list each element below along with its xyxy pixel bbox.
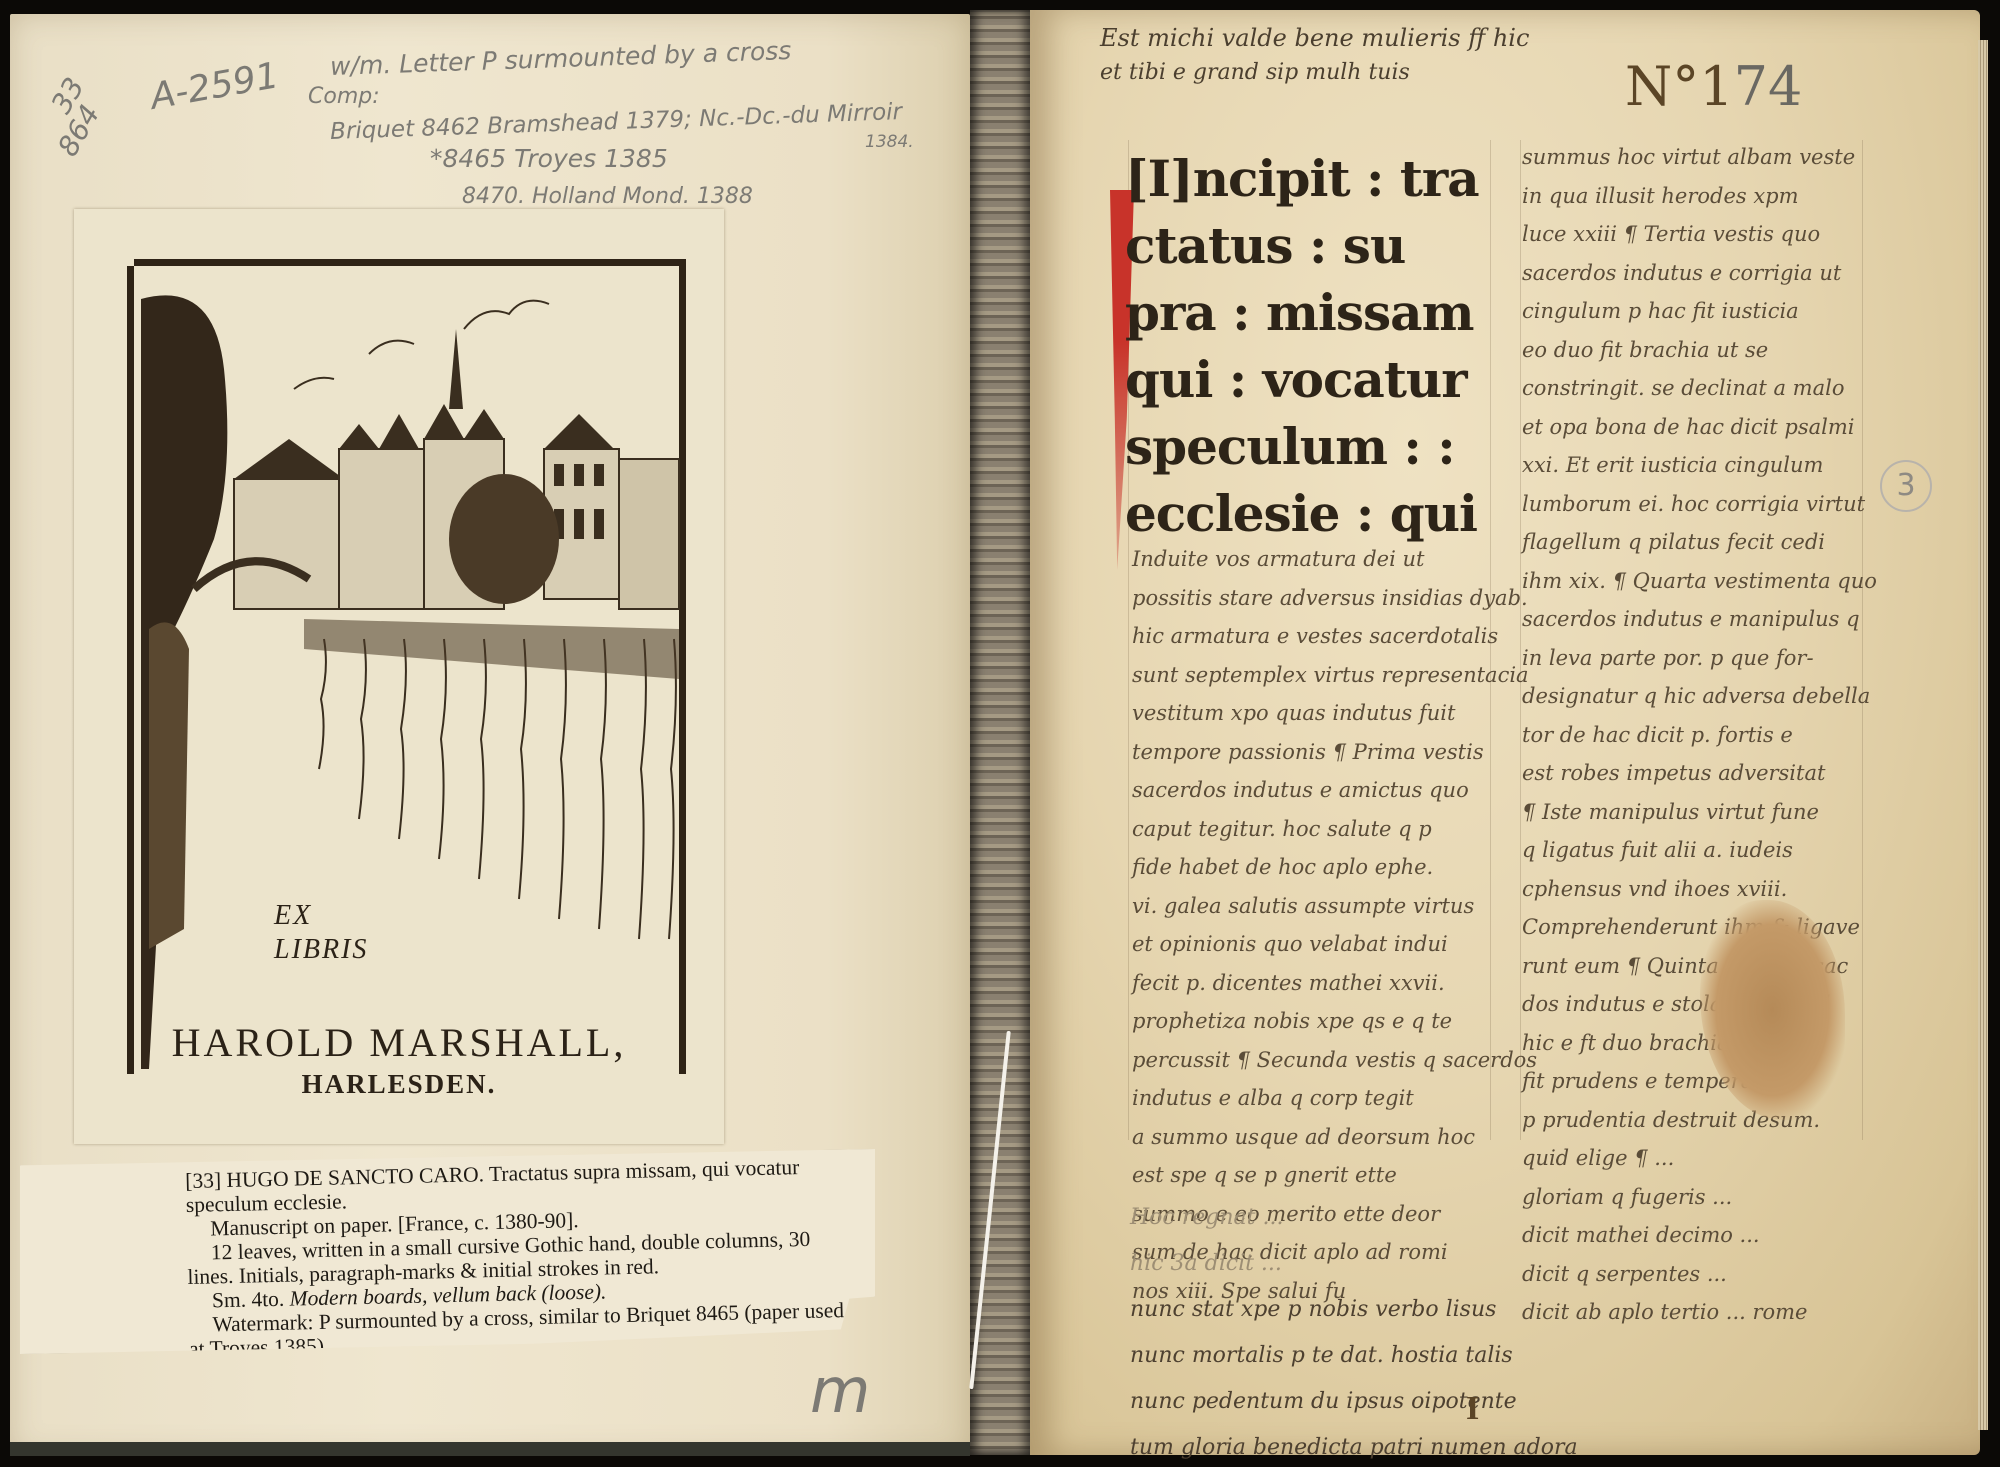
incipit-line: pra : missam xyxy=(1125,279,1490,346)
text-line: possitis stare adversus insidias dyab. xyxy=(1132,579,1537,618)
text-line: in qua illusit herodes xpm xyxy=(1522,177,1877,216)
pastedown-page: 33 864 A-2591 w/m. Letter P surmounted b… xyxy=(10,14,970,1456)
text-line: tor de hac dicit p. fortis e xyxy=(1522,716,1877,755)
text-line: tempore passionis ¶ Prima vestis xyxy=(1132,733,1537,772)
circled-pencil-number: 3 xyxy=(1880,460,1932,512)
text-line: caput tegitur. hoc salute q p xyxy=(1132,810,1537,849)
incipit-line: [I]ncipit : tra xyxy=(1125,145,1490,212)
text-line: designatur q hic adversa debella xyxy=(1522,677,1877,716)
text-line: p prudentia destruit desum. xyxy=(1522,1101,1877,1140)
pencil-briquet-8470: 8470. Holland Mond. 1388 xyxy=(462,184,753,209)
text-line: fide habet de hoc aplo ephe. xyxy=(1132,848,1537,887)
text-line: cingulum p hac fit iusticia xyxy=(1522,292,1877,331)
author-name: HUGO DE SANCTO CARO. xyxy=(226,1162,484,1192)
text-line: ¶ Iste manipulus virtut fune xyxy=(1522,793,1877,832)
footer-line: nunc pedentum du ipsus oipotente xyxy=(1130,1379,1578,1425)
text-line: est spe q se p gnerit ette xyxy=(1132,1156,1537,1195)
text-line: vestitum xpo quas indutus fuit xyxy=(1132,694,1537,733)
text-line: indutus e alba q corp tegit xyxy=(1132,1079,1537,1118)
quire-signature-mark: I xyxy=(1466,1390,1479,1428)
ex-libris-label: EX LIBRIS xyxy=(274,899,368,967)
footer-line: tum gloria benedicta patri numen adora xyxy=(1130,1425,1578,1467)
text-line: est robes impetus adversitat xyxy=(1522,754,1877,793)
pencil-compare-label: Comp: xyxy=(308,84,380,109)
pencil-initial-m: m xyxy=(810,1354,870,1427)
text-line: ihm xix. ¶ Quarta vestimenta quo xyxy=(1522,562,1877,601)
manuscript-footer-verses: Hoc regnat ... hic 3a dicit ... nunc sta… xyxy=(1130,1195,1578,1467)
text-line: et opinionis quo velabat indui xyxy=(1132,925,1537,964)
text-line: sacerdos indutus e corrigia ut xyxy=(1522,254,1877,293)
text-line: lumborum ei. hoc corrigia virtut xyxy=(1522,485,1877,524)
ex-libris-bookplate: EX LIBRIS HAROLD MARSHALL, HARLESDEN. xyxy=(74,209,724,1144)
catalogue-description-slip: [33] HUGO DE SANCTO CARO. Tractatus supr… xyxy=(20,1149,875,1354)
text-line: hic armatura e vestes sacerdotalis xyxy=(1132,617,1537,656)
text-line: xxi. Et erit iusticia cingulum xyxy=(1522,446,1877,485)
text-line: eo duo fit brachia ut se xyxy=(1522,331,1877,370)
text-line: sunt septemplex virtus representacia xyxy=(1132,656,1537,695)
text-line: luce xxiii ¶ Tertia vestis quo xyxy=(1522,215,1877,254)
text-column-right: summus hoc virtut albam veste in qua ill… xyxy=(1522,138,1877,1332)
text-line: flagellum q pilatus fecit cedi xyxy=(1522,523,1877,562)
text-line: a summo usque ad deorsum hoc xyxy=(1132,1118,1537,1157)
catalogue-slip-text: [33] HUGO DE SANCTO CARO. Tractatus supr… xyxy=(185,1154,849,1361)
item-number-ink: N°1 xyxy=(1625,55,1734,118)
open-book-spread: 33 864 A-2591 w/m. Letter P surmounted b… xyxy=(0,0,2000,1467)
format-line: Sm. 4to. xyxy=(212,1287,285,1313)
ex-text: EX xyxy=(274,899,368,933)
item-number-pencil: 74 xyxy=(1734,55,1803,118)
text-line: sacerdos indutus e amictus quo xyxy=(1132,771,1537,810)
bookplate-owner-name: HAROLD MARSHALL, xyxy=(74,1019,724,1066)
text-line: vi. galea salutis assumpte virtus xyxy=(1132,887,1537,926)
text-line: cphensus vnd ihoes xviii. xyxy=(1522,870,1877,909)
incipit-line: ecclesie : qui xyxy=(1125,480,1490,547)
footer-line: nunc stat xpe p nobis verbo lisus xyxy=(1130,1287,1578,1333)
pencil-briquet-8462: Briquet 8462 Bramshead 1379; Nc.-Dc.-du … xyxy=(330,99,903,145)
manuscript-top-line-2: et tibi e grand sip mulh tuis xyxy=(1100,60,1410,85)
text-line: summus hoc virtut albam veste xyxy=(1522,138,1877,177)
item-number-mark: N°174 xyxy=(1625,55,1802,118)
incipit-line: qui : vocatur xyxy=(1125,346,1490,413)
bookplate-owner-place: HARLESDEN. xyxy=(74,1069,724,1100)
text-line: fecit p. dicentes mathei xxvii. xyxy=(1132,964,1537,1003)
footer-line: nunc mortalis p te dat. hostia talis xyxy=(1130,1333,1578,1379)
footer-line: hic 3a dicit ... xyxy=(1130,1241,1578,1287)
incipit-line: ctatus : su xyxy=(1125,212,1490,279)
text-line: prophetiza nobis xpe qs e q te xyxy=(1132,1002,1537,1041)
text-line: quid elige ¶ ... xyxy=(1522,1139,1877,1178)
text-line: in leva parte por. p que for- xyxy=(1522,639,1877,678)
libris-text: LIBRIS xyxy=(274,933,368,967)
incipit-heading: [I]ncipit : tra ctatus : su pra : missam… xyxy=(1125,145,1490,547)
pencil-briquet-8465: *8465 Troyes 1385 xyxy=(430,144,668,173)
pencil-watermark-note: w/m. Letter P surmounted by a cross xyxy=(330,36,792,81)
canal-etching-illustration xyxy=(74,209,724,1144)
pencil-year-1384: 1384. xyxy=(865,132,914,152)
incipit-line: speculum : : xyxy=(1125,413,1490,480)
text-line: Induite vos armatura dei ut xyxy=(1132,540,1537,579)
lot-number: [33] xyxy=(185,1168,221,1193)
text-line: q ligatus fuit alii a. iudeis xyxy=(1522,831,1877,870)
text-line: sacerdos indutus e manipulus q xyxy=(1522,600,1877,639)
footer-line: Hoc regnat ... xyxy=(1130,1195,1578,1241)
text-line: et opa bona de hac dicit psalmi xyxy=(1522,408,1877,447)
text-line: percussit ¶ Secunda vestis q sacerdos xyxy=(1132,1041,1537,1080)
text-line: constringit. se declinat a malo xyxy=(1522,369,1877,408)
book-spine-gutter xyxy=(970,10,1030,1455)
manuscript-top-line-1: Est michi valde bene mulieris ff hic xyxy=(1100,24,1529,52)
pencil-accession-number: A-2591 xyxy=(147,55,281,118)
